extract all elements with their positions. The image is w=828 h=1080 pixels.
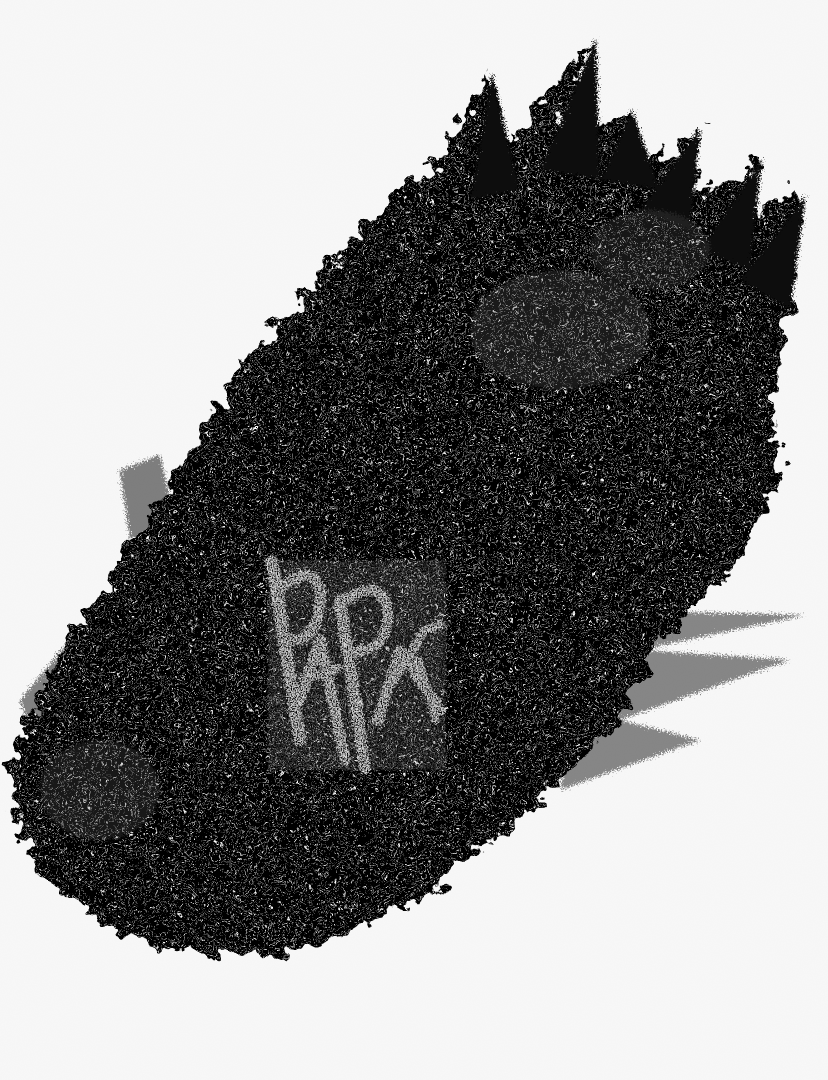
- scratch-glow: [268, 560, 446, 770]
- charcoal-artwork: [0, 0, 828, 1080]
- charcoal-rubbing-image: PAPA: [0, 0, 828, 1080]
